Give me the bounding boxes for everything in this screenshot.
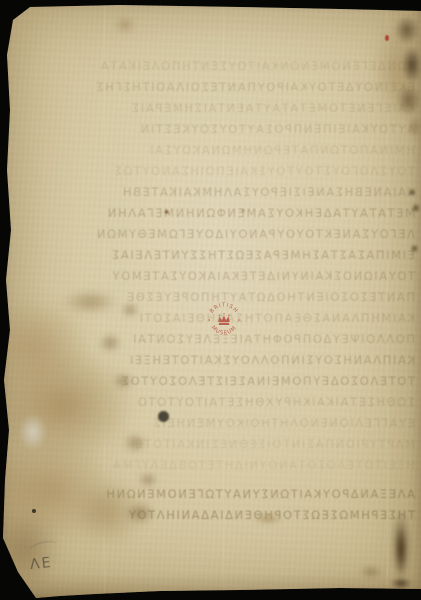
showthrough-line: ΚΑΙΠΛΑΝΗΣΟΥΣΙΝΠΟΛΛΟΥΣΚΑΙΤΟΤΕΗΞΕΙ (86, 350, 415, 371)
showthrough-line: ΑΛΕΞΑΝΔΡΟΥΚΑΙΤΩΝΣΥΝΑΥΤΩΓΕΝΟΜΕΝΩΝΗ (86, 484, 415, 505)
showthrough-line: ΚΑΙΜΗΠΛΑΝΑΣΘΕΑΠΟΤΗΣΑΛΗΘΕΙΑΣΟΤΙ (86, 308, 415, 329)
showthrough-line: ΑΥΤΟΥΚΑΙΕΙΠΕΝΠΡΟΣΑΥΤΟΥΣΟΥΚΕΣΤΙΝ (86, 119, 415, 140)
parchment-page: ΤΩΝΔΕΓΕΝΟΜΕΝΩΝΚΑΙΤΟΥΣΕΝΤΗΠΟΛΕΙΚΑΤΑΕΚΕΙΝΟ… (0, 0, 421, 600)
showthrough-line: ΤΩΝΔΕΓΕΝΟΜΕΝΩΝΚΑΙΤΟΥΣΕΝΤΗΠΟΛΕΙΚΑΤΑ (86, 56, 415, 77)
showthrough-line: ΗΞΕΙΤΟΤΕΛΟΣΟΤΑΝΟΥΝΙΔΗΤΕΤΟΒΔΕΛΥΓΜΑ (86, 455, 415, 476)
showthrough-line: ΜΕΤΑΤΑΥΤΑΔΕΗΚΟΥΣΑΜΕΝΦΩΝΗΝΜΕΓΑΛΗΝ (86, 203, 415, 224)
svg-text:MUSEUM: MUSEUM (210, 325, 238, 337)
showthrough-line: ΤΟΥΣΛΟΓΟΥΣΤΟΥΤΟΥΣΚΑΙΕΠΟΙΗΣΑΝΟΥΤΩΣ (86, 161, 415, 182)
showthrough-line: ΛΕΓΟΥΣΑΝΕΚΤΟΥΟΥΡΑΝΟΥΙΔΟΥΕΓΩΜΕΘΥΜΩΝ (86, 224, 415, 245)
showthrough-line: ΚΑΙΕΓΕΝΕΤΟΜΕΤΑΤΑΥΤΑΕΝΤΑΙΣΗΜΕΡΑΙΣ (86, 98, 415, 119)
showthrough-line: ΤΟΤΕΛΟΣΟΔΕΥΠΟΜΕΙΝΑΣΕΙΣΤΕΛΟΣΟΥΤΟΣ (86, 371, 415, 392)
showthrough-text: ΤΩΝΔΕΓΕΝΟΜΕΝΩΝΚΑΙΤΟΥΣΕΝΤΗΠΟΛΕΙΚΑΤΑΕΚΕΙΝΟ… (86, 56, 415, 526)
stamp-separator-dot (208, 319, 210, 321)
british-museum-stamp: BRITISH MUSEUM (205, 301, 243, 339)
manuscript-photo: ΤΩΝΔΕΓΕΝΟΜΕΝΩΝΚΑΙΤΟΥΣΕΝΤΗΠΟΛΕΙΚΑΤΑΕΚΕΙΝΟ… (0, 0, 421, 600)
showthrough-line: ΤΟΥΑΙΩΝΟΣΚΑΙΝΥΝΙΔΕΤΕΚΑΙΑΚΟΥΣΑΤΕΜΟΥ (86, 266, 415, 287)
ink-speck (32, 509, 36, 513)
stain-top-right (392, 12, 421, 48)
showthrough-line: ΣΩΘΗΣΕΤΑΙΚΑΙΚΗΡΥΧΘΗΣΕΤΑΙΤΟΥΤΟΤΟ (86, 392, 415, 413)
showthrough-line: ΕΙΜΙΠΑΣΑΣΤΑΣΗΜΕΡΑΣΕΩΣΤΗΣΣΥΝΤΕΛΕΙΑΣ (86, 245, 415, 266)
stamp-top-text: BRITISH (209, 302, 239, 314)
showthrough-line: ΠΑΝΤΕΣΟΣΟΙΕΝΤΗΟΔΩΤΑΥΤΗΠΟΡΕΥΕΣΘΕ (86, 287, 415, 308)
showthrough-line: ΚΑΙΑΝΕΒΗΣΑΝΕΙΣΙΕΡΟΥΣΑΛΗΜΚΑΙΚΑΤΕΒΗ (86, 182, 415, 203)
showthrough-line: ΕΥΑΓΓΕΛΙΟΝΕΝΟΛΗΤΗΟΙΚΟΥΜΕΝΗΕΙΣ (86, 413, 415, 434)
smudge-top-left (112, 14, 138, 36)
showthrough-line: ΗΜΙΝΑΠΟΤΩΝΠΑΤΕΡΩΝΗΜΩΝΑΚΟΥΣΑΙ (86, 140, 415, 161)
showthrough-line: ΕΚΕΙΝΟΥΔΕΤΟΥΚΑΙΡΟΥΠΑΝΤΕΣΟΙΛΑΟΙΤΗΣΓΗΣ (86, 77, 415, 98)
edge-shadow (0, 574, 421, 600)
folio-number: ΛΕ (29, 555, 53, 573)
stamp-separator-dot (238, 319, 240, 321)
showthrough-line: ΤΗΣΕΡΗΜΩΣΕΩΣΤΟΡΗΘΕΝΔΙΑΔΑΝΙΗΛΤΟΥ (86, 505, 415, 526)
pale-patch (16, 410, 50, 454)
crown-icon (218, 313, 230, 325)
stain-bottom-right (394, 520, 408, 580)
showthrough-line: ΠΟΛΛΟΙΨΕΥΔΟΠΡΟΦΗΤΑΙΕΞΕΛΕΥΣΟΝΤΑΙ (86, 329, 415, 350)
svg-text:BRITISH: BRITISH (209, 302, 239, 314)
showthrough-line: ΜΑΡΤΥΡΙΟΝΠΑΣΙΝΤΟΙΣΕΘΝΕΣΙΝΚΑΙΤΟΤΕ (86, 434, 415, 455)
stamp-bottom-text: MUSEUM (210, 325, 238, 337)
